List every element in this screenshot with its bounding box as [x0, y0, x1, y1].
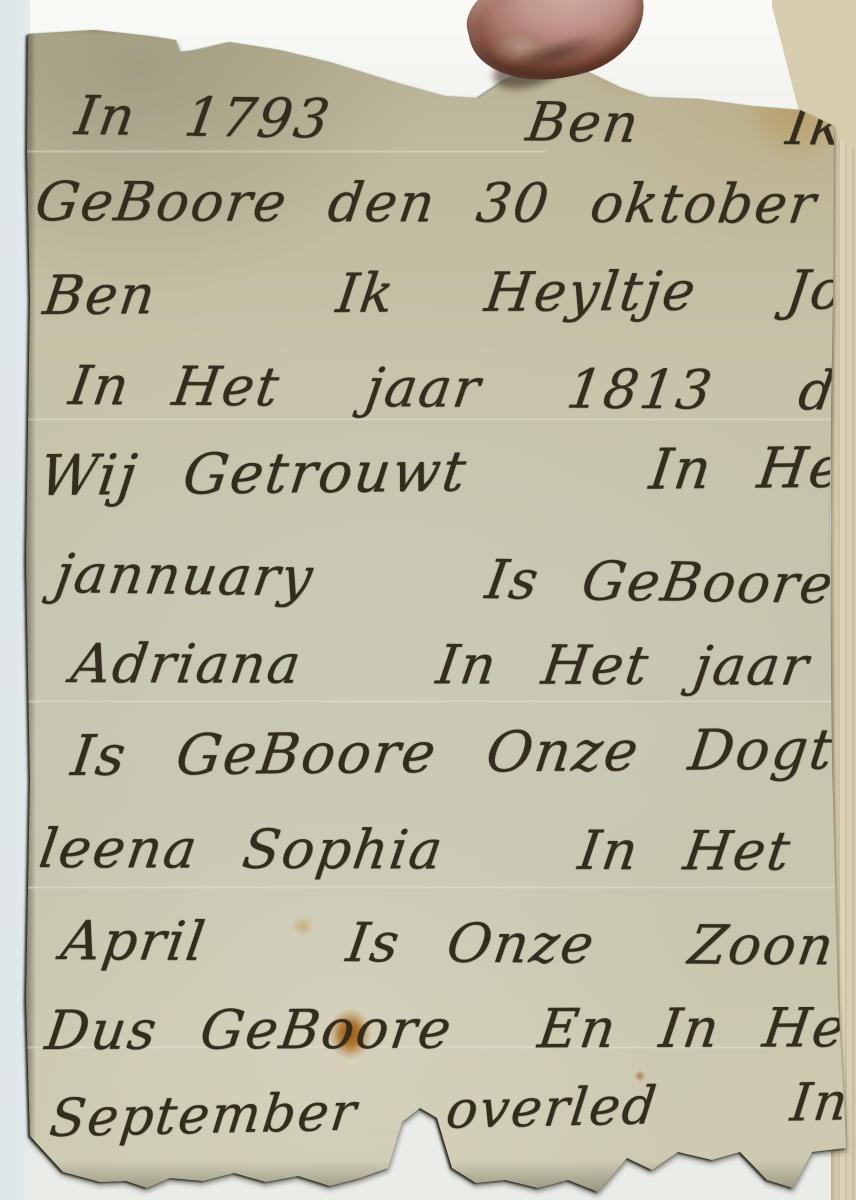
photograph-of-manuscript: In 1793 Ben Ik Gerri GeBoore den 30 okto…	[0, 0, 856, 1200]
manuscript-line-3: Ben Ik Heyltje Johan	[40, 258, 856, 327]
manuscript-line-12: September overled In H	[46, 1069, 856, 1149]
manuscript-line-2: GeBoore den 30 oktober I	[31, 170, 856, 236]
paper-top-edge-shadow	[0, 20, 856, 46]
manuscript-line-6: jannuary Is GeBoore On	[51, 542, 856, 617]
manuscript-line-9: leena Sophia In Het ja	[35, 817, 856, 883]
manuscript-paper: In 1793 Ben Ik Gerri GeBoore den 30 okto…	[0, 0, 856, 1200]
paper-left-edge-shadow	[24, 0, 36, 1200]
manuscript-line-11: Dus GeBoore En In Het J	[42, 996, 856, 1062]
manuscript-paper-wrap: In 1793 Ben Ik Gerri GeBoore den 30 okto…	[0, 0, 856, 1200]
manuscript-line-4: In Het jaar 1813 den 2	[65, 354, 856, 423]
manuscript-line-10: April Is Onze Zoon Ke	[57, 909, 856, 979]
paper-crease	[26, 700, 836, 703]
paper-crease	[26, 886, 836, 889]
paper-bottom-edge-shadow	[0, 1160, 856, 1195]
manuscript-line-8: Is GeBoore Onze Dogter	[68, 717, 856, 789]
manuscript-line-7: Adriana In Het jaar 18	[67, 632, 856, 698]
manuscript-line-5: Wij Getrouwt In Het J	[36, 434, 856, 509]
